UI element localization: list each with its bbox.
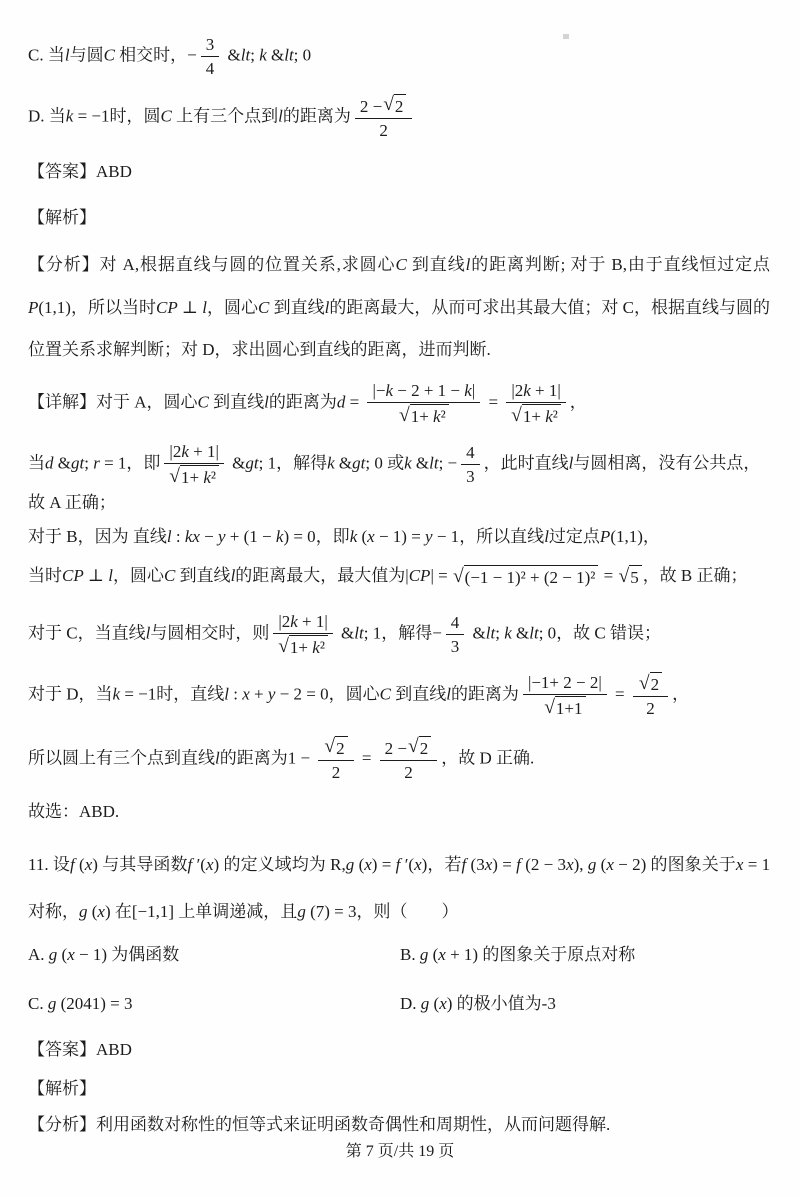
q10-conclusion-line: 故选：ABD. bbox=[28, 799, 770, 825]
q11-option-b: B. g (x + 1) 的图象关于原点对称 bbox=[400, 942, 770, 968]
page-content: C. 当l与圆C 相交时，−34 &lt; k &lt; 0 D. 当k = −… bbox=[0, 0, 800, 1137]
q11-analysis-line: 【分析】利用函数对称性的恒等式来证明函数奇偶性和周期性，从而问题得解. bbox=[28, 1112, 770, 1138]
q10-detail-b-line2: 当时CP ⊥ l，圆心C 到直线l的距离最大，最大值为|CP| = √(−1 −… bbox=[28, 564, 770, 589]
q11-option-c: C. g (2041) = 3 bbox=[28, 991, 400, 1017]
q10-detail-a-line2: 当d &gt; r = 1，即|2k + 1|√1+ k² &gt; 1，解得k… bbox=[28, 439, 770, 514]
q11-stem: 11. 设f (x) 与其导函数f ′(x) 的定义域均为 R,g (x) = … bbox=[28, 841, 770, 936]
q10-detail-a-line1: 【详解】对于 A，圆心C 到直线l的距离为d = |−k − 2 + 1 − k… bbox=[28, 378, 770, 430]
q10-analysis-paragraph: 【分析】对 A,根据直线与圆的位置关系,求圆心C 到直线l的距离判断; 对于 B… bbox=[28, 244, 770, 372]
q11-options-row-1: A. g (x − 1) 为偶函数 B. g (x + 1) 的图象关于原点对称 bbox=[28, 942, 770, 968]
q10-detail-d-line2: 所以圆上有三个点到直线l的距离为1 − √22 = 2 − √22，故 D 正确… bbox=[28, 734, 770, 786]
q10-detail-c-line: 对于 C，当直线l与圆相交时，则|2k + 1|√1+ k² &lt; 1，解得… bbox=[28, 609, 770, 661]
q10-detail-b-line1: 对于 B，因为 直线l : kx − y + (1 − k) = 0，即k (x… bbox=[28, 524, 770, 550]
document-page: C. 当l与圆C 相交时，−34 &lt; k &lt; 0 D. 当k = −… bbox=[0, 0, 800, 1197]
q10-option-d: D. 当k = −1时，圆C 上有三个点到l的距离为2 − √22 bbox=[28, 92, 770, 144]
q10-option-c: C. 当l与圆C 相交时，−34 &lt; k &lt; 0 bbox=[28, 32, 770, 82]
q11-option-a: A. g (x − 1) 为偶函数 bbox=[28, 942, 400, 968]
q10-jiexi-label: 【解析】 bbox=[28, 205, 770, 231]
page-number-footer: 第 7 页/共 19 页 bbox=[0, 1138, 800, 1161]
q11-answer-line: 【答案】ABD bbox=[28, 1037, 770, 1063]
q11-jiexi-label: 【解析】 bbox=[28, 1076, 770, 1102]
q10-answer-line: 【答案】ABD bbox=[28, 159, 770, 185]
scan-artifact-dot bbox=[563, 34, 569, 39]
q10-detail-d-line1: 对于 D，当k = −1时，直线l : x + y − 2 = 0，圆心C 到直… bbox=[28, 670, 770, 722]
q11-option-d: D. g (x) 的极小值为-3 bbox=[400, 991, 770, 1017]
q11-options-row-2: C. g (2041) = 3 D. g (x) 的极小值为-3 bbox=[28, 991, 770, 1017]
